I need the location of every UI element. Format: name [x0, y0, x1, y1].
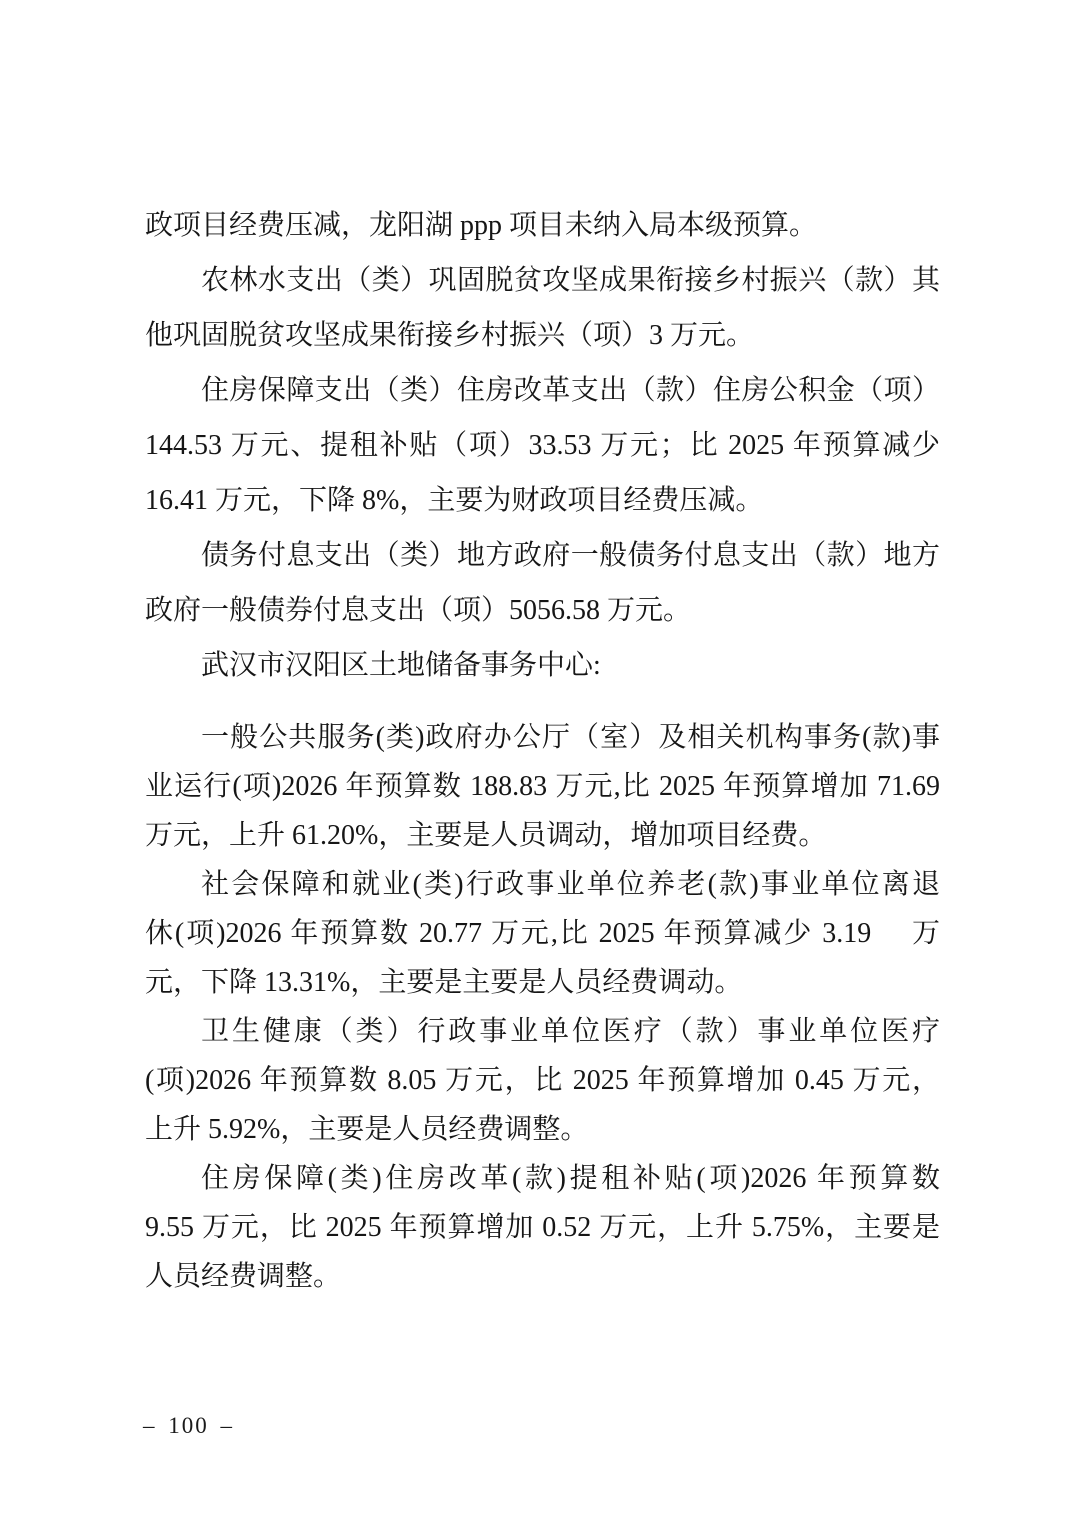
paragraph: 住房保障支出（类）住房改革支出（款）住房公积金（项）144.53 万元、提租补贴…: [145, 363, 940, 528]
text-line: 16.41 万元，下降 8%，主要为财政项目经费压减。: [145, 473, 940, 528]
text-line: 卫生健康（类）行政事业单位医疗（款）事业单位医疗: [145, 1007, 940, 1056]
text-line: 住房保障(类)住房改革(款)提租补贴(项)2026 年预算数: [145, 1154, 940, 1203]
document-page: 政项目经费压减，龙阳湖 ppp 项目未纳入局本级预算。农林水支出（类）巩固脱贫攻…: [0, 0, 1074, 1520]
text-line: 政项目经费压减，龙阳湖 ppp 项目未纳入局本级预算。: [145, 198, 940, 253]
text-line: 武汉市汉阳区土地储备事务中心:: [145, 638, 940, 693]
paragraph: 政项目经费压减，龙阳湖 ppp 项目未纳入局本级预算。: [145, 198, 940, 253]
text-line: 政府一般债券付息支出（项）5056.58 万元。: [145, 583, 940, 638]
text-line: (项)2026 年预算数 8.05 万元，比 2025 年预算增加 0.45 万…: [145, 1056, 940, 1105]
text-line: 144.53 万元、提租补贴（项）33.53 万元；比 2025 年预算减少: [145, 418, 940, 473]
paragraph: 债务付息支出（类）地方政府一般债务付息支出（款）地方政府一般债券付息支出（项）5…: [145, 528, 940, 638]
text-line: 人员经费调整。: [145, 1252, 940, 1301]
page-number: – 100 –: [143, 1408, 234, 1444]
text-line: 一般公共服务(类)政府办公厅（室）及相关机构事务(款)事: [145, 713, 940, 762]
paragraph: 农林水支出（类）巩固脱贫攻坚成果衔接乡村振兴（款）其他巩固脱贫攻坚成果衔接乡村振…: [145, 253, 940, 363]
text-line: 他巩固脱贫攻坚成果衔接乡村振兴（项）3 万元。: [145, 308, 940, 363]
paragraph: 武汉市汉阳区土地储备事务中心:: [145, 638, 940, 693]
text-line: 万元，上升 61.20%，主要是人员调动，增加项目经费。: [145, 811, 940, 860]
text-line: 上升 5.92%，主要是人员经费调整。: [145, 1105, 940, 1154]
paragraph: 社会保障和就业(类)行政事业单位养老(款)事业单位离退休(项)2026 年预算数…: [145, 860, 940, 1007]
paragraph: 卫生健康（类）行政事业单位医疗（款）事业单位医疗(项)2026 年预算数 8.0…: [145, 1007, 940, 1154]
text-line: 9.55 万元，比 2025 年预算增加 0.52 万元，上升 5.75%，主要…: [145, 1203, 940, 1252]
text-line: 休(项)2026 年预算数 20.77 万元,比 2025 年预算减少 3.19…: [145, 909, 940, 958]
paragraph: 住房保障(类)住房改革(款)提租补贴(项)2026 年预算数9.55 万元，比 …: [145, 1154, 940, 1301]
paragraph: 一般公共服务(类)政府办公厅（室）及相关机构事务(款)事业运行(项)2026 年…: [145, 713, 940, 860]
text-line: 元，下降 13.31%，主要是主要是人员经费调动。: [145, 958, 940, 1007]
text-line: 业运行(项)2026 年预算数 188.83 万元,比 2025 年预算增加 7…: [145, 762, 940, 811]
text-line: 农林水支出（类）巩固脱贫攻坚成果衔接乡村振兴（款）其: [145, 253, 940, 308]
text-line: 社会保障和就业(类)行政事业单位养老(款)事业单位离退: [145, 860, 940, 909]
text-line: 债务付息支出（类）地方政府一般债务付息支出（款）地方: [145, 528, 940, 583]
text-line: 住房保障支出（类）住房改革支出（款）住房公积金（项）: [145, 363, 940, 418]
document-body: 政项目经费压减，龙阳湖 ppp 项目未纳入局本级预算。农林水支出（类）巩固脱贫攻…: [145, 198, 940, 1301]
